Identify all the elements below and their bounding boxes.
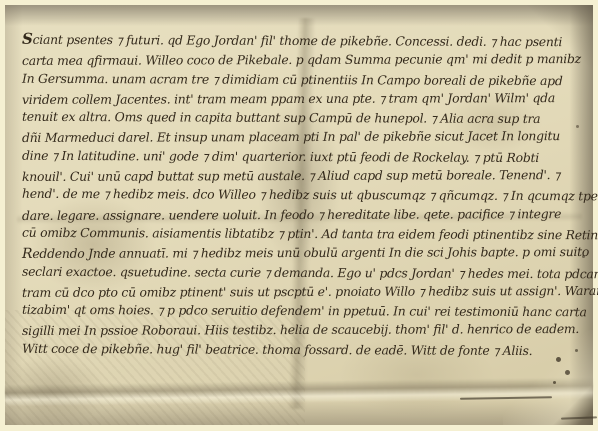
charter-line: hend'. de me ⁊ hedibz meis. dco Willeo ⁊… <box>22 184 581 206</box>
charter-line: cū omibz Communis. aisiamentis libtatibz… <box>22 223 581 245</box>
charter-line: carta mea qfirmaui. Willeo coco de Pikeb… <box>22 49 581 70</box>
manuscript-scan: Sciant psentes ⁊ futuri. qd Ego Jordan' … <box>0 0 598 431</box>
charter-line: dine ⁊ In latitudine. uni' gode ⁊ dim' q… <box>22 146 581 168</box>
charter-text: Sciant psentes ⁊ futuri. qd Ego Jordan' … <box>22 31 581 359</box>
charter-photograph: Sciant psentes ⁊ futuri. qd Ego Jordan' … <box>5 5 593 425</box>
charter-line: In Gersumma. unam acram tre ⁊ dimidiam c… <box>22 68 581 90</box>
charter-line: Sciant psentes ⁊ futuri. qd Ego Jordan' … <box>22 30 581 52</box>
charter-line: dñi Marmeduci darel. Et insup unam place… <box>22 127 581 148</box>
charter-line: sigilli mei In pssioe Roboraui. Hiis tes… <box>22 319 581 340</box>
charter-line: tram cū dco pto cū omibz ptinent' suis u… <box>22 281 581 302</box>
charter-line: Reddendo Jnde annuatī. mi ⁊ hedibz meis … <box>22 242 581 263</box>
charter-line: viridem collem Jacentes. int' tram meam … <box>22 88 581 109</box>
charter-line: Witt coce de pikebñe. hug' fil' beatrice… <box>22 339 581 361</box>
charter-line: dare. legare. assignare. uendere uoluit.… <box>22 204 581 225</box>
charter-line: seclari exactoe. qsuetudine. secta curie… <box>22 261 581 283</box>
worm-holes <box>5 5 8 8</box>
